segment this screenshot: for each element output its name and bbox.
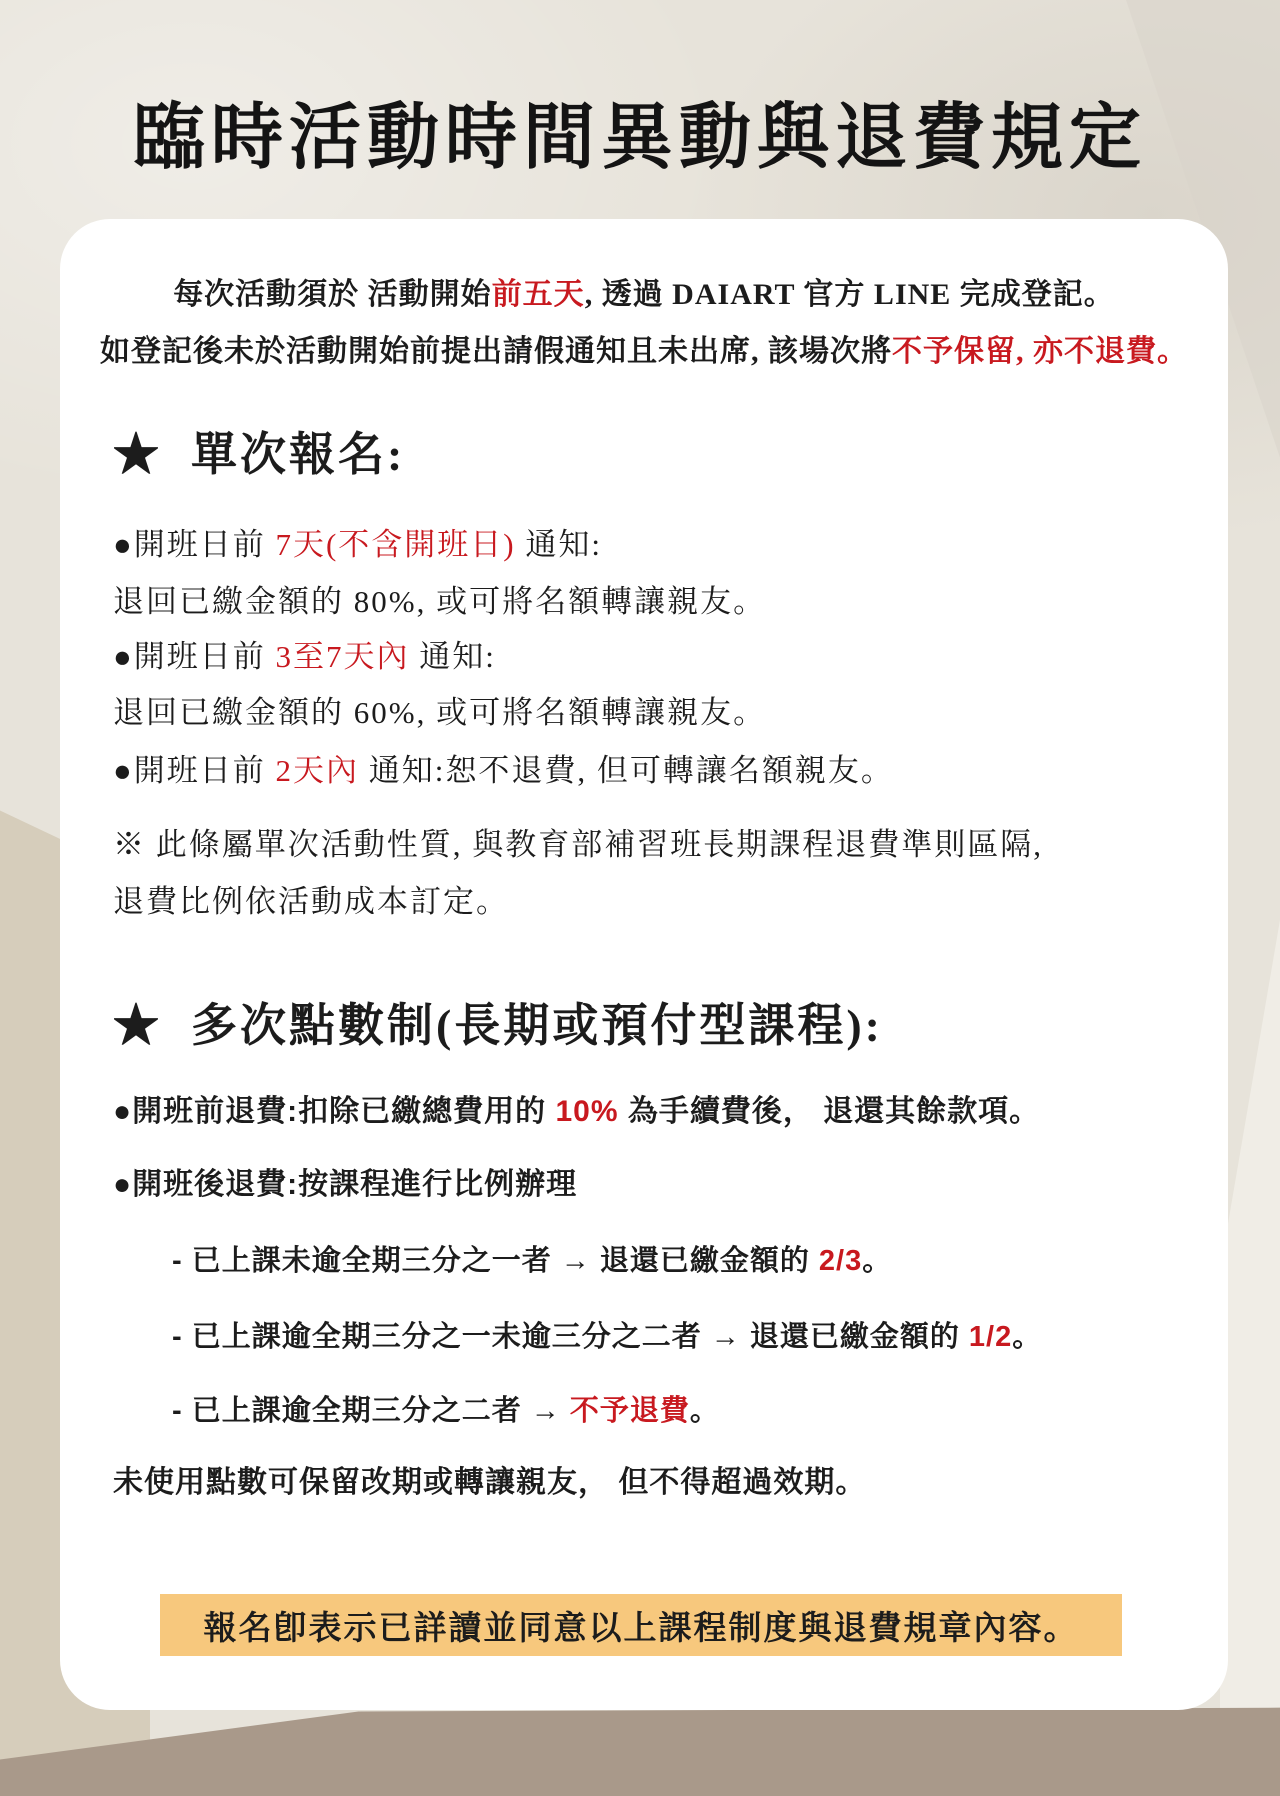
intro-line1-pre: 每次活動須於 活動開始 xyxy=(173,278,492,311)
intro-line2-red: 不予保留, 亦不退費。 xyxy=(892,335,1188,368)
points-item1-post: 為手續費後， 退還其餘款項。 xyxy=(619,1095,1041,1128)
points-sub1-pre: - 已上課未逾全期三分之一者 → 退還已繳金額的 xyxy=(172,1245,819,1277)
points-sub3-pre: - 已上課逾全期三分之二者 → xyxy=(172,1395,570,1427)
single-item3-red: 2天內 xyxy=(275,753,359,788)
decor-right-light-shape xyxy=(1220,920,1280,1796)
single-item2-line2: 退回已繳金額的 60%, 或可將名額轉讓親友。 xyxy=(113,697,766,728)
agreement-highlight-bar: 報名卽表示已詳讀並同意以上課程制度與退費規章內容。 xyxy=(160,1594,1122,1656)
single-item3-pre: ●開班日前 xyxy=(113,753,275,788)
single-item1-red: 7天(不含開班日) xyxy=(275,527,515,562)
intro-line1-red: 前五天 xyxy=(492,278,585,311)
single-item1-line2: 退回已繳金額的 80%, 或可將名額轉讓親友。 xyxy=(113,586,766,617)
points-item1-red: 10% xyxy=(555,1095,618,1128)
decor-bottom-taupe-band xyxy=(0,1700,1280,1796)
intro-line1-post: , 透過 DAIART 官方 LINE 完成登記。 xyxy=(585,278,1115,311)
points-sub2-post: 。 xyxy=(1012,1321,1042,1353)
single-item1-pre: ●開班日前 xyxy=(113,527,275,562)
points-sub3-post: 。 xyxy=(690,1395,720,1427)
poster-canvas: 臨時活動時間異動與退費規定 每次活動須於 活動開始前五天, 透過 DAIART … xyxy=(0,0,1280,1796)
points-item1: ●開班前退費:扣除已繳總費用的 10% 為手續費後， 退還其餘款項。 xyxy=(113,1097,1040,1127)
single-item2-post: 通知: xyxy=(409,639,495,674)
single-item3-post: 通知:恕不退費, 但可轉讓名額親友。 xyxy=(359,753,894,788)
single-item1-post: 通知: xyxy=(516,527,602,562)
single-item2-line1: ●開班日前 3至7天內 通知: xyxy=(113,641,496,672)
section-points-title: 多次點數制(長期或預付型課程): xyxy=(191,1000,883,1051)
intro-line-2: 如登記後未於活動開始前提出請假通知且未出席, 該場次將不予保留, 亦不退費。 xyxy=(60,337,1228,367)
section-single-title: 單次報名: xyxy=(191,429,405,480)
intro-line2-pre: 如登記後未於活動開始前提出請假通知且未出席, 該場次將 xyxy=(100,335,892,368)
single-item1-line1: ●開班日前 7天(不含開班日) 通知: xyxy=(113,529,602,560)
star-icon: ★ xyxy=(113,429,162,480)
single-item2-red: 3至7天內 xyxy=(275,639,409,674)
section-single-header: ★ 單次報名: xyxy=(113,432,405,478)
points-sub1-red: 2/3 xyxy=(819,1245,862,1277)
points-sub3: - 已上課逾全期三分之二者 → 不予退費。 xyxy=(172,1397,720,1426)
agreement-text: 報名卽表示已詳讀並同意以上課程制度與退費規章內容。 xyxy=(204,1602,1079,1649)
points-item2: ●開班後退費:按課程進行比例辦理 xyxy=(113,1170,577,1200)
star-icon: ★ xyxy=(113,1000,162,1051)
points-item1-pre: ●開班前退費:扣除已繳總費用的 xyxy=(113,1095,555,1128)
intro-line-1: 每次活動須於 活動開始前五天, 透過 DAIART 官方 LINE 完成登記。 xyxy=(60,280,1228,310)
single-item3-line1: ●開班日前 2天內 通知:恕不退費, 但可轉讓名額親友。 xyxy=(113,755,894,786)
content-card: 每次活動須於 活動開始前五天, 透過 DAIART 官方 LINE 完成登記。 … xyxy=(60,219,1228,1710)
points-sub2-pre: - 已上課逾全期三分之一未逾三分之二者 → 退還已繳金額的 xyxy=(172,1321,969,1353)
section-points-header: ★ 多次點數制(長期或預付型課程): xyxy=(113,1003,883,1049)
points-sub2: - 已上課逾全期三分之一未逾三分之二者 → 退還已繳金額的 1/2。 xyxy=(172,1323,1042,1352)
page-title: 臨時活動時間異動與退費規定 xyxy=(0,95,1280,181)
single-note-line1: ※ 此條屬單次活動性質, 與教育部補習班長期課程退費準則區隔, xyxy=(113,829,1043,860)
single-item2-pre: ●開班日前 xyxy=(113,639,275,674)
points-sub1-post: 。 xyxy=(862,1245,892,1277)
points-sub1: - 已上課未逾全期三分之一者 → 退還已繳金額的 2/3。 xyxy=(172,1247,892,1276)
points-sub2-red: 1/2 xyxy=(969,1321,1012,1353)
single-note-line2: 退費比例依活動成本訂定。 xyxy=(113,886,509,917)
points-sub3-red: 不予退費 xyxy=(570,1395,690,1427)
points-tail: 未使用點數可保留改期或轉讓親友， 但不得超過效期。 xyxy=(113,1468,866,1498)
